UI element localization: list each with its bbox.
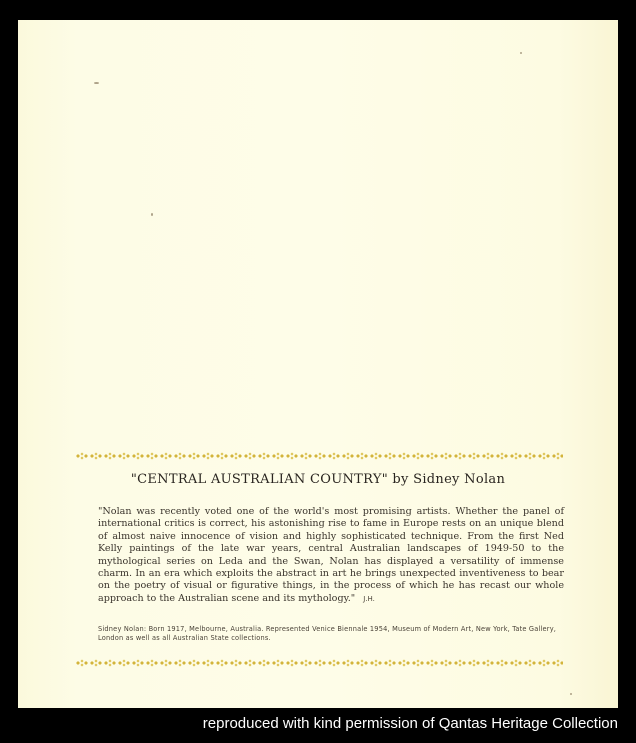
paper-speck <box>520 52 522 54</box>
artwork-title: "CENTRAL AUSTRALIAN COUNTRY" by Sidney N… <box>18 472 618 487</box>
critic-quote: "Nolan was recently voted one of the wor… <box>98 506 564 605</box>
paper-speck <box>151 213 153 216</box>
ornament-border-top <box>75 452 563 460</box>
quote-initials: J.H. <box>363 595 375 603</box>
paper-speck <box>570 693 572 695</box>
paper-page: "CENTRAL AUSTRALIAN COUNTRY" by Sidney N… <box>18 20 618 708</box>
credit-caption: reproduced with kind permission of Qanta… <box>203 715 618 732</box>
paper-speck <box>94 82 99 84</box>
artist-bio: Sidney Nolan: Born 1917, Melbourne, Aust… <box>98 625 564 642</box>
ornament-border-bottom <box>75 659 563 667</box>
quote-text: "Nolan was recently voted one of the wor… <box>98 506 564 604</box>
